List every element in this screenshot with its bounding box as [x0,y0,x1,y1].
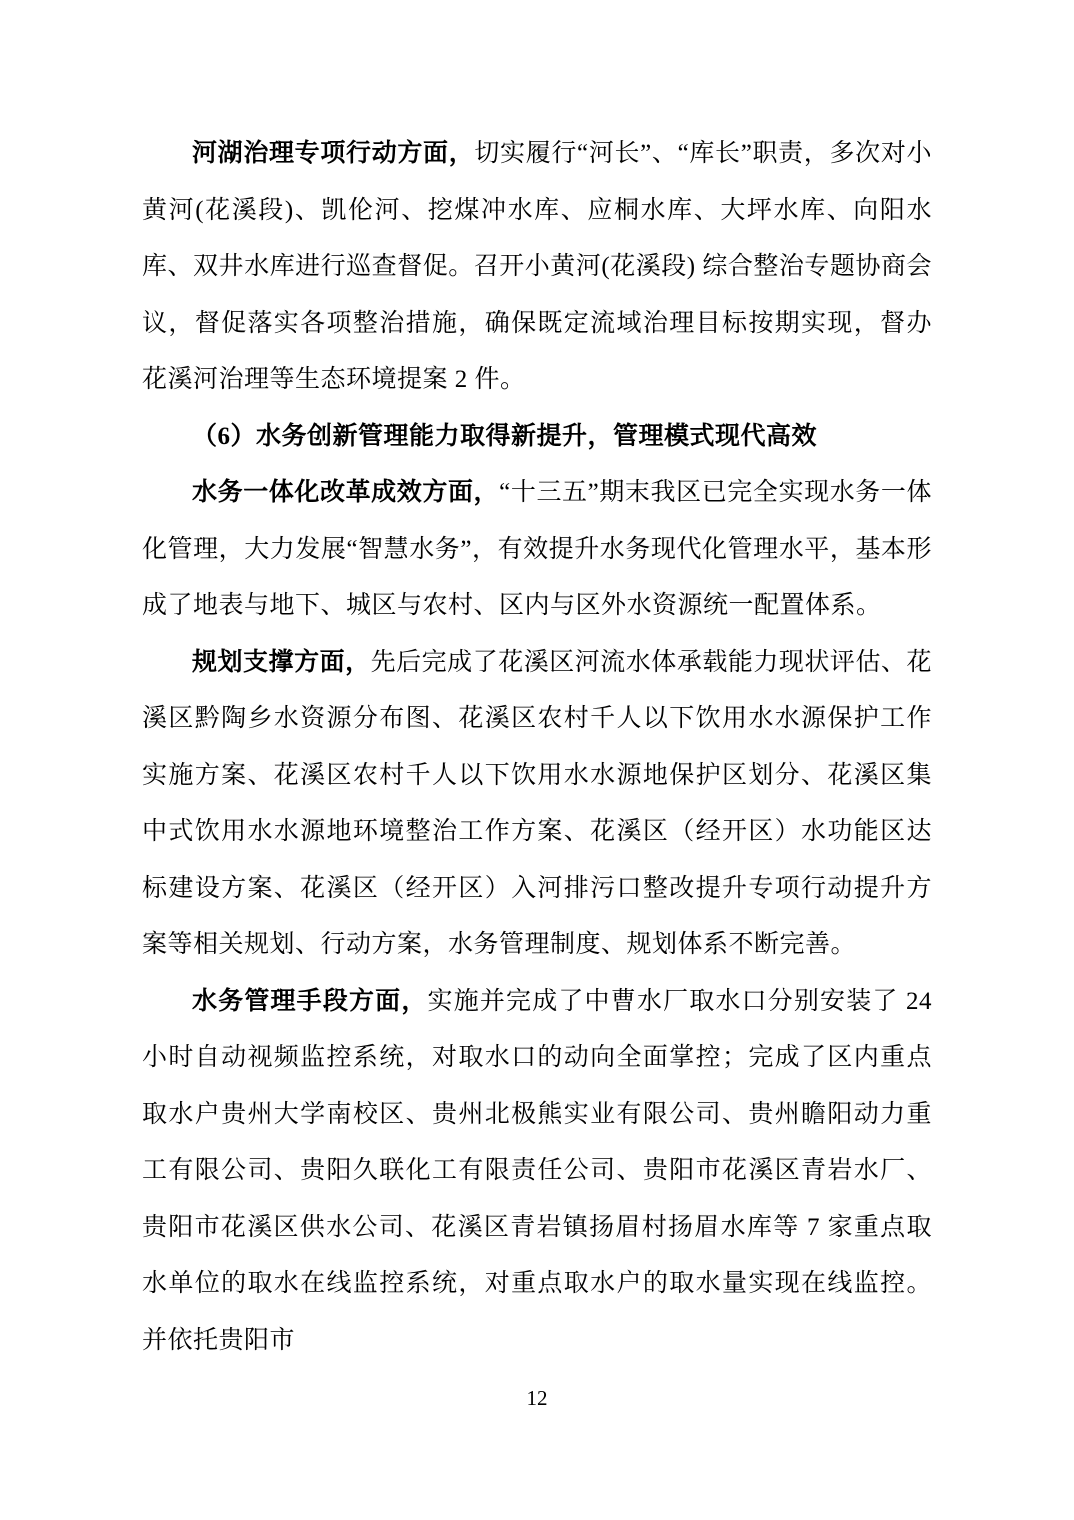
text-run: 先后完成了花溪区河流水体承载能力现状评估、花溪区黔陶乡水资源分布图、花溪区农村千… [142,649,932,959]
text-run: 规划支撑方面， [192,649,371,676]
text-run: （6）水务创新管理能力取得新提升，管理模式现代高效 [192,423,817,450]
paragraph: 水务管理手段方面，实施并完成了中曹水厂取水口分别安装了 24 小时自动视频监控系… [142,974,932,1370]
document-page: 河湖治理专项行动方面，切实履行“河长”、“库长”职责，多次对小黄河(花溪段)、凯… [0,0,1074,1520]
text-run: 水务一体化改革成效方面， [192,479,499,506]
text-run: 实施并完成了中曹水厂取水口分别安装了 24 小时自动视频监控系统，对取水口的动向… [142,988,932,1354]
text-run: 水务管理手段方面， [192,988,428,1015]
paragraph: 规划支撑方面，先后完成了花溪区河流水体承载能力现状评估、花溪区黔陶乡水资源分布图… [142,635,932,974]
page-number: 12 [0,1383,1074,1413]
text-run: 切实履行“河长”、“库长”职责，多次对小黄河(花溪段)、凯伦河、挖煤冲水库、应桐… [142,140,932,393]
paragraph: 水务一体化改革成效方面，“十三五”期末我区已完全实现水务一体化管理，大力发展“智… [142,465,932,635]
section-heading: （6）水务创新管理能力取得新提升，管理模式现代高效 [142,409,932,466]
document-body: 河湖治理专项行动方面，切实履行“河长”、“库长”职责，多次对小黄河(花溪段)、凯… [142,126,932,1369]
text-run: 河湖治理专项行动方面， [192,140,474,167]
paragraph: 河湖治理专项行动方面，切实履行“河长”、“库长”职责，多次对小黄河(花溪段)、凯… [142,126,932,409]
